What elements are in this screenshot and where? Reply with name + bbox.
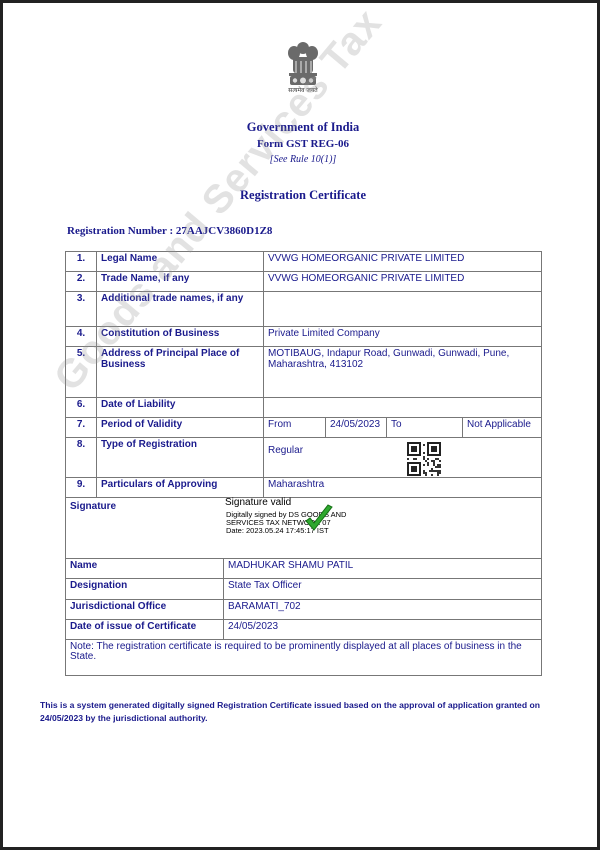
row-number: 3. — [66, 292, 97, 327]
table-row: Designation State Tax Officer — [66, 578, 542, 599]
jurisdictional-office-value: BARAMATI_702 — [224, 599, 542, 619]
qr-code-icon — [407, 442, 441, 476]
table-row: 7. Period of Validity From 24/05/2023 To… — [66, 418, 542, 438]
table-row: 5. Address of Principal Place of Busines… — [66, 347, 542, 398]
registration-number-value: 27AAJCV3860D1Z8 — [176, 225, 273, 237]
registration-type-cell: Regular — [264, 438, 542, 478]
row-number: 4. — [66, 327, 97, 347]
row-number: 2. — [66, 272, 97, 292]
table-row: 8. Type of Registration Regular — [66, 438, 542, 478]
row-label: Additional trade names, if any — [97, 292, 264, 327]
legal-name-value: VVWG HOMEORGANIC PRIVATE LIMITED — [264, 252, 542, 272]
validity-to-label: To — [387, 418, 463, 438]
table-row: 4. Constitution of Business Private Limi… — [66, 327, 542, 347]
designation-value: State Tax Officer — [224, 578, 542, 599]
registration-details-table: 1. Legal Name VVWG HOMEORGANIC PRIVATE L… — [65, 251, 542, 498]
emblem-caption: सत्यमेव जयते — [273, 86, 333, 94]
registration-number: Registration Number : 27AAJCV3860D1Z8 — [67, 225, 272, 237]
row-label: Designation — [66, 578, 224, 599]
validity-from-value: 24/05/2023 — [326, 418, 387, 438]
approval-table: Signature Signature valid Digitally sign… — [65, 497, 542, 676]
row-number: 6. — [66, 398, 97, 418]
trade-name-value: VVWG HOMEORGANIC PRIVATE LIMITED — [264, 272, 542, 292]
officer-name-value: MADHUKAR SHAMU PATIL — [224, 558, 542, 578]
rule-reference: [See Rule 10(1)] — [3, 154, 600, 165]
note-row: Note: The registration certificate is re… — [66, 639, 542, 675]
check-mark-icon — [303, 503, 335, 535]
certificate-title: Registration Certificate — [3, 188, 600, 203]
registration-number-label: Registration Number : — [67, 225, 173, 237]
government-heading: Government of India — [3, 120, 600, 135]
table-row: 9. Particulars of Approving Maharashtra — [66, 478, 542, 498]
additional-trade-names-value — [264, 292, 542, 327]
table-row: Date of issue of Certificate 24/05/2023 — [66, 619, 542, 639]
table-row: 1. Legal Name VVWG HOMEORGANIC PRIVATE L… — [66, 252, 542, 272]
approving-particulars-value: Maharashtra — [264, 478, 542, 498]
row-number: 9. — [66, 478, 97, 498]
row-label: Particulars of Approving — [97, 478, 264, 498]
row-number: 1. — [66, 252, 97, 272]
table-row: 6. Date of Liability — [66, 398, 542, 418]
signature-row: Signature Signature valid Digitally sign… — [66, 497, 542, 558]
table-row: Name MADHUKAR SHAMU PATIL — [66, 558, 542, 578]
row-label: Legal Name — [97, 252, 264, 272]
signature-cell: Signature Signature valid Digitally sign… — [66, 497, 542, 558]
address-value: MOTIBAUG, Indapur Road, Gunwadi, Gunwadi… — [264, 347, 542, 398]
digital-signature: Signature valid Digitally signed by DS G… — [225, 497, 346, 535]
constitution-value: Private Limited Company — [264, 327, 542, 347]
row-number: 7. — [66, 418, 97, 438]
date-of-liability-value — [264, 398, 542, 418]
validity-to-value: Not Applicable — [463, 418, 542, 438]
registration-type-value: Regular — [268, 445, 303, 456]
table-row: Jurisdictional Office BARAMATI_702 — [66, 599, 542, 619]
issue-date-value: 24/05/2023 — [224, 619, 542, 639]
row-number: 5. — [66, 347, 97, 398]
table-row: 3. Additional trade names, if any — [66, 292, 542, 327]
display-note: Note: The registration certificate is re… — [66, 639, 542, 675]
signature-label: Signature — [70, 502, 116, 513]
certificate-page: सत्यमेव जयते Government of India Form GS… — [0, 0, 600, 850]
row-label: Date of issue of Certificate — [66, 619, 224, 639]
row-label: Address of Principal Place of Business — [97, 347, 264, 398]
row-label: Name — [66, 558, 224, 578]
system-generated-notice: This is a system generated digitally sig… — [40, 699, 570, 725]
row-label: Constitution of Business — [97, 327, 264, 347]
row-label: Period of Validity — [97, 418, 264, 438]
row-label: Jurisdictional Office — [66, 599, 224, 619]
row-label: Trade Name, if any — [97, 272, 264, 292]
validity-from-label: From — [264, 418, 326, 438]
form-heading: Form GST REG-06 — [3, 138, 600, 150]
row-number: 8. — [66, 438, 97, 478]
row-label: Date of Liability — [97, 398, 264, 418]
row-label: Type of Registration — [97, 438, 264, 478]
table-row: 2. Trade Name, if any VVWG HOMEORGANIC P… — [66, 272, 542, 292]
